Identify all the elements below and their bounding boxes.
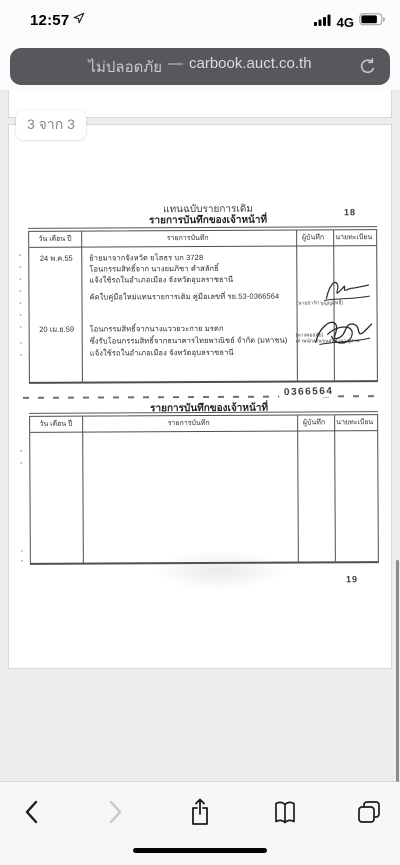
entry-line: โอนกรรมสิทธิ์จากนางแววยวะกาย มรดก bbox=[90, 323, 224, 336]
scan-artifact-dot bbox=[20, 462, 22, 464]
scan-artifact-dot bbox=[19, 290, 21, 292]
status-bar: 12:57 4G bbox=[0, 0, 400, 44]
tabs-icon[interactable] bbox=[352, 793, 386, 831]
signature-scribble bbox=[310, 314, 374, 357]
url-separator: — bbox=[168, 55, 183, 79]
header-date: วัน เดือน ปี bbox=[30, 417, 82, 432]
scan-artifact-dot bbox=[19, 278, 21, 280]
toolbar-icons bbox=[14, 792, 386, 832]
entry-line: แจ้งใช้รถในอำเภอเมือง จังหวัดอุบลราชธานี bbox=[89, 274, 233, 287]
scan-artifact-dot bbox=[21, 550, 23, 552]
page-number-bottom: 19 bbox=[346, 574, 358, 584]
url-text: ไม่ปลอดภัย — carbook.auct.co.th bbox=[88, 55, 311, 79]
share-icon[interactable] bbox=[183, 793, 217, 831]
scan-artifact-dot bbox=[20, 302, 22, 304]
scan-artifact-dot bbox=[21, 560, 23, 562]
status-left: 12:57 bbox=[30, 11, 85, 29]
header-record: รายการบันทึก bbox=[82, 415, 296, 431]
header-registrar: นายทะเบียน bbox=[332, 415, 377, 430]
records-table-1: วัน เดือน ปี รายการบันทึก ผู้บันทึก นายท… bbox=[28, 229, 378, 384]
page-number-top: 18 bbox=[344, 207, 356, 217]
status-right: 4G bbox=[314, 13, 386, 31]
scan-smudge bbox=[130, 542, 310, 598]
column-divider bbox=[82, 417, 84, 563]
bookmarks-icon[interactable] bbox=[268, 793, 302, 831]
scan-artifact-dot bbox=[20, 314, 22, 316]
signature-scribble bbox=[323, 274, 371, 309]
entry-date: 24 พ.ค.55 bbox=[32, 253, 80, 265]
scan-artifact-dot bbox=[20, 326, 22, 328]
pdf-page-3: แทนฉบับรายการเดิม รายการบันทึกของเจ้าหน้… bbox=[8, 124, 392, 669]
entry-line: ซึ่งรับโอนกรรมสิทธิ์จากธนาคารไทยพาณิชย์ … bbox=[90, 335, 288, 348]
column-divider bbox=[81, 232, 83, 382]
entry-line: แจ้งใช้รถในอำเภอเมือง จังหวัดอุบลราชธานี bbox=[90, 347, 234, 360]
home-indicator[interactable] bbox=[133, 848, 267, 853]
scanned-registration-page: แทนฉบับรายการเดิม รายการบันทึกของเจ้าหน้… bbox=[8, 124, 393, 669]
battery-icon bbox=[359, 13, 386, 31]
column-divider bbox=[334, 415, 336, 561]
header-record: รายการบันทึก bbox=[81, 231, 295, 247]
header-recorder: ผู้บันทึก bbox=[296, 415, 333, 430]
refresh-icon[interactable] bbox=[356, 56, 378, 78]
location-arrow-icon bbox=[73, 11, 85, 29]
forward-icon[interactable] bbox=[99, 793, 133, 831]
back-icon[interactable] bbox=[14, 793, 48, 831]
clock: 12:57 bbox=[30, 12, 69, 29]
url-pill[interactable]: ไม่ปลอดภัย — carbook.auct.co.th bbox=[10, 48, 390, 85]
header-registrar: นายทะเบียน bbox=[331, 230, 376, 245]
url-domain: carbook.auct.co.th bbox=[189, 55, 312, 79]
entry-line: คัดใบคู่มือใหม่แทนรายการเดิม คู่มือเลขที… bbox=[89, 291, 279, 304]
page-indicator: 3 จาก 3 bbox=[16, 110, 86, 140]
column-divider bbox=[297, 415, 299, 561]
security-warning-label: ไม่ปลอดภัย bbox=[88, 55, 162, 79]
scan-artifact-dot bbox=[20, 450, 22, 452]
scan-artifact-dot bbox=[20, 342, 22, 344]
scan-artifact-dot bbox=[19, 266, 21, 268]
iphone-safari-screen: 12:57 4G bbox=[0, 0, 400, 865]
scrollbar-thumb[interactable] bbox=[396, 560, 399, 782]
scan-artifact-dot bbox=[20, 354, 22, 356]
scan-artifact-dot bbox=[19, 254, 21, 256]
entry-date: 20 เม.ย.59 bbox=[33, 324, 81, 336]
network-type-label: 4G bbox=[337, 15, 354, 30]
pdf-viewport[interactable]: แทนฉบับรายการเดิม รายการบันทึกของเจ้าหน้… bbox=[0, 90, 400, 782]
address-bar-area: ไม่ปลอดภัย — carbook.auct.co.th bbox=[0, 44, 400, 90]
header-recorder: ผู้บันทึก bbox=[295, 230, 332, 245]
header-date: วัน เดือน ปี bbox=[29, 232, 81, 247]
cellular-signal-icon bbox=[314, 13, 332, 31]
document-serial-number: 0366564 bbox=[279, 386, 339, 399]
